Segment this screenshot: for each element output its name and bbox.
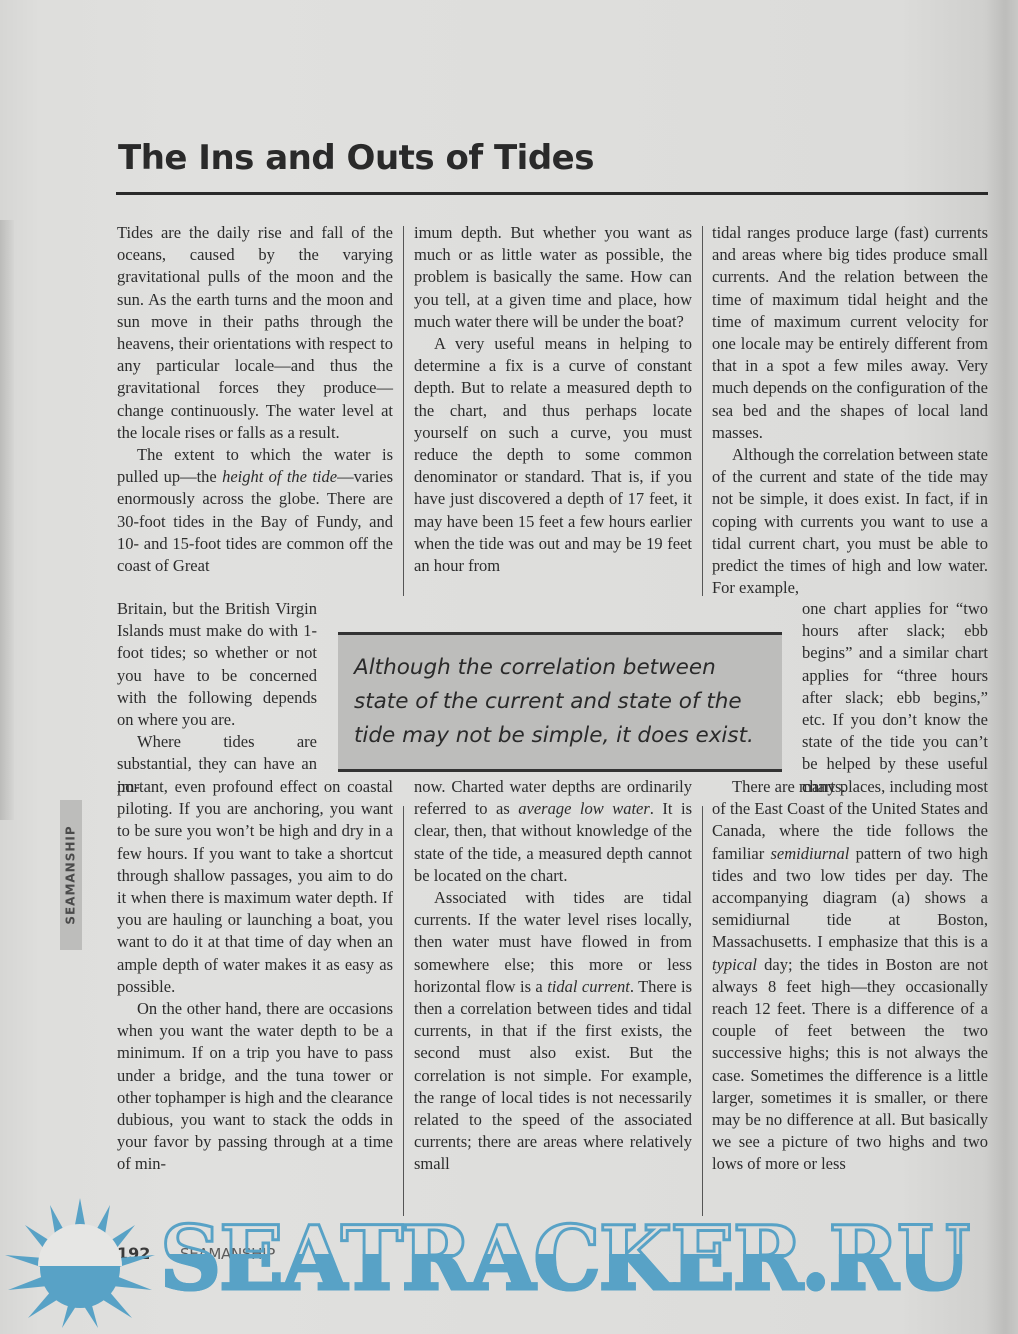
paragraph: tidal ranges produce large (fast) curren… [712,222,988,444]
watermark-text: SEATRACKER.RU [160,1208,969,1308]
pull-quote: Although the correlation between state o… [338,632,782,772]
text-run: . There is then a correlation between ti… [414,977,692,1174]
paragraph: On the other hand, there are occasions w… [117,998,393,1176]
column-2-bottom: now. Charted water depths are ordinarily… [414,776,692,1176]
column-3-top: tidal ranges produce large (fast) curren… [712,222,988,599]
emphasis-term: tidal current [547,977,630,996]
column-1-top: Tides are the daily rise and fall of the… [117,222,393,577]
text-run: day; the tides in Boston are not always … [712,955,988,1174]
column-1-bottom: portant, even profound effect on coastal… [117,776,393,1176]
title-rule [116,192,988,195]
paragraph: There are many places, including most of… [712,776,988,1176]
paragraph: A very useful means in helping to determ… [414,333,692,577]
column-3-wrap: one chart applies for “two hours after s… [802,598,988,798]
emphasis-term: average low water [518,799,650,818]
column-rule [702,806,703,1216]
emphasis-term: height of the tide [222,467,337,486]
paragraph: Tides are the daily rise and fall of the… [117,222,393,444]
column-1-wrap: Britain, but the British Virgin Islands … [117,598,317,798]
emphasis-term: typical [712,955,757,974]
paragraph: imum depth. But whether you want as much… [414,222,692,333]
pull-quote-text: Although the correlation between state o… [354,651,774,753]
column-rule [702,226,703,596]
side-tab-text: SEAMANSHIP [64,825,78,924]
column-rule [403,226,404,596]
paragraph: now. Charted water depths are ordinarily… [414,776,692,887]
paragraph: Associated with tides are tidal currents… [414,887,692,1176]
paragraph: one chart applies for “two hours after s… [802,598,988,798]
column-3-bottom: There are many places, including most of… [712,776,988,1176]
sun-logo-icon [0,1180,160,1330]
page-title: The Ins and Outs of Tides [118,138,594,178]
emphasis-term: semidiurnal [770,844,849,863]
section-side-tab-label: SEAMANSHIP [60,800,82,950]
column-2-top: imum depth. But whether you want as much… [414,222,692,577]
paragraph: Britain, but the British Virgin Islands … [117,598,317,731]
paragraph: The extent to which the water is pulled … [117,444,393,577]
page-edge-shadow [0,220,14,820]
paragraph: Although the correlation between state o… [712,444,988,599]
paragraph: portant, even profound effect on coastal… [117,776,393,998]
column-rule [403,806,404,1216]
